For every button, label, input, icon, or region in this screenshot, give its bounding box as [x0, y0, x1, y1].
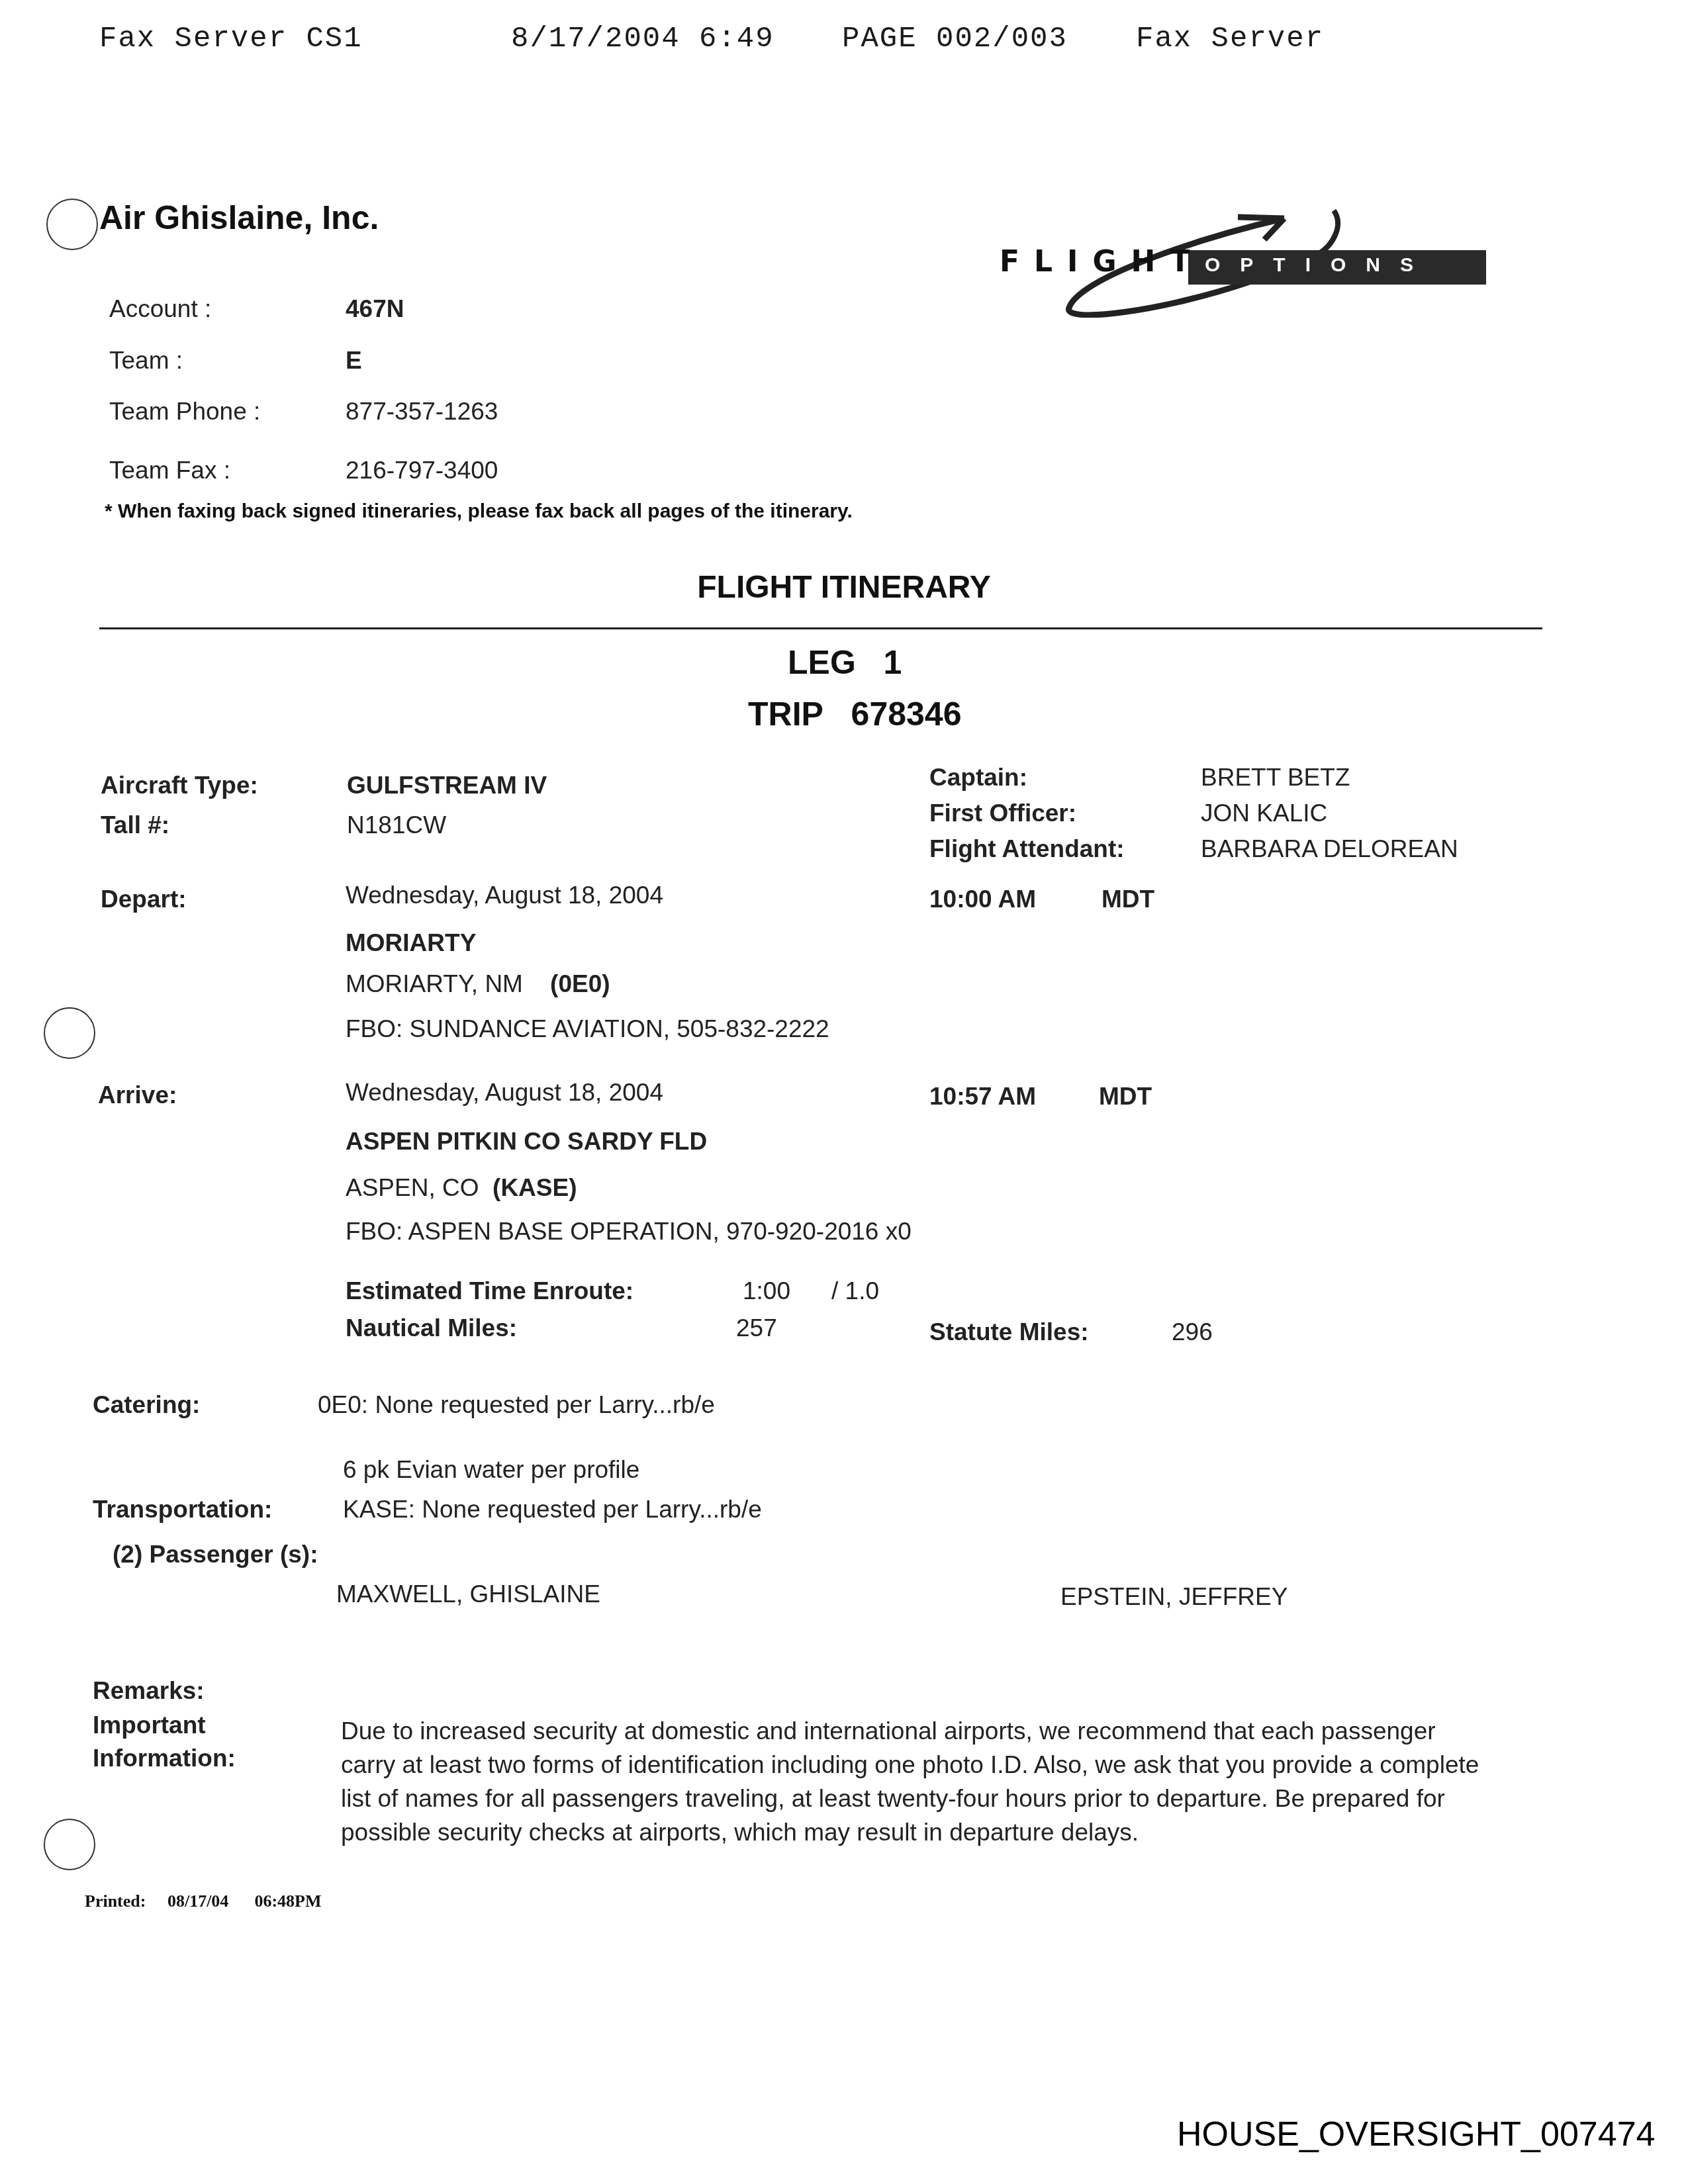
- leg-label: LEG: [788, 644, 856, 681]
- ete-decimal: / 1.0: [831, 1277, 879, 1305]
- title-divider: [99, 627, 1542, 629]
- flight-options-logo: FLIGHT OPTIONS: [1000, 199, 1489, 318]
- depart-date: Wednesday, August 18, 2004: [346, 882, 663, 909]
- team-fax-value: 216-797-3400: [346, 457, 498, 484]
- binder-hole-icon: [44, 1007, 95, 1059]
- passenger-name: MAXWELL, GHISLAINE: [336, 1580, 600, 1608]
- leg-value: 1: [883, 644, 902, 681]
- account-label: Account :: [109, 295, 211, 323]
- transportation-label: Transportation:: [93, 1496, 272, 1524]
- depart-city: MORIARTY, NM (0E0): [346, 970, 610, 998]
- flight-attendant-label: Flight Attendant:: [929, 835, 1125, 863]
- catering-line-1: 0E0: None requested per Larry...rb/e: [318, 1391, 715, 1419]
- account-value: 467N: [346, 295, 404, 323]
- trip-number: TRIP 678346: [748, 695, 961, 733]
- information-label: Information:: [93, 1745, 236, 1772]
- transportation-value: KASE: None requested per Larry...rb/e: [343, 1496, 762, 1524]
- remarks-label: Remarks:: [93, 1677, 205, 1705]
- logo-word-flight: FLIGHT: [1000, 245, 1204, 279]
- nautical-miles-label: Nautical Miles:: [346, 1314, 517, 1342]
- bates-number: HOUSE_OVERSIGHT_007474: [1177, 2115, 1656, 2154]
- team-phone-value: 877-357-1263: [346, 398, 498, 426]
- team-phone-label: Team Phone :: [109, 398, 260, 426]
- first-officer-label: First Officer:: [929, 799, 1076, 827]
- ete-value: 1:00: [743, 1277, 790, 1305]
- aircraft-type-value: GULFSTREAM IV: [347, 772, 547, 799]
- fax-page: PAGE 002/003: [842, 23, 1068, 56]
- arrive-timezone: MDT: [1099, 1083, 1152, 1111]
- tail-number-value: N181CW: [347, 811, 446, 839]
- document-title: FLIGHT ITINERARY: [0, 569, 1688, 606]
- depart-timezone: MDT: [1102, 886, 1154, 913]
- printed-stamp: Printed: 08/17/04 06:48PM: [85, 1891, 321, 1911]
- flight-attendant-value: BARBARA DELOREAN: [1201, 835, 1458, 863]
- catering-label: Catering:: [93, 1391, 200, 1419]
- arrive-date: Wednesday, August 18, 2004: [346, 1079, 663, 1107]
- first-officer-value: JON KALIC: [1201, 799, 1327, 827]
- aircraft-type-label: Aircraft Type:: [101, 772, 258, 799]
- captain-value: BRETT BETZ: [1201, 764, 1350, 792]
- arrive-time: 10:57 AM: [929, 1083, 1036, 1111]
- fax-back-note: * When faxing back signed itineraries, p…: [105, 500, 853, 523]
- arrive-fbo: FBO: ASPEN BASE OPERATION, 970-920-2016 …: [346, 1218, 912, 1246]
- arrive-label: Arrive:: [98, 1081, 177, 1109]
- tail-number-label: Tall #:: [101, 811, 169, 839]
- team-fax-label: Team Fax :: [109, 457, 230, 484]
- statute-miles-value: 296: [1172, 1318, 1213, 1346]
- depart-city-name: MORIARTY, NM: [346, 970, 523, 997]
- important-information-text: Due to increased security at domestic an…: [341, 1714, 1479, 1849]
- fax-sender: Fax Server CS1: [99, 23, 363, 56]
- important-label: Important: [93, 1711, 206, 1739]
- passenger-name: EPSTEIN, JEFFREY: [1060, 1583, 1288, 1611]
- binder-hole-icon: [46, 199, 98, 250]
- fax-receiver: Fax Server: [1136, 23, 1324, 56]
- depart-airport: MORIARTY: [346, 929, 476, 957]
- printed-date: 08/17/04: [167, 1891, 228, 1911]
- company-name: Air Ghislaine, Inc.: [99, 199, 379, 237]
- binder-hole-icon: [44, 1819, 95, 1870]
- catering-line-2: 6 pk Evian water per profile: [343, 1456, 639, 1484]
- fax-datetime: 8/17/2004 6:49: [511, 23, 774, 56]
- arrive-city: ASPEN, CO (KASE): [346, 1174, 577, 1202]
- passengers-label: (2) Passenger (s):: [113, 1541, 318, 1569]
- captain-label: Captain:: [929, 764, 1027, 792]
- printed-label: Printed:: [85, 1891, 146, 1911]
- depart-airport-code: (0E0): [550, 970, 610, 997]
- arrive-airport: ASPEN PITKIN CO SARDY FLD: [346, 1128, 707, 1156]
- ete-label: Estimated Time Enroute:: [346, 1277, 633, 1305]
- team-label: Team :: [109, 347, 183, 375]
- depart-fbo: FBO: SUNDANCE AVIATION, 505-832-2222: [346, 1015, 829, 1043]
- depart-time: 10:00 AM: [929, 886, 1036, 913]
- trip-label: TRIP: [748, 696, 823, 733]
- nautical-miles-value: 257: [736, 1314, 777, 1342]
- logo-word-options: OPTIONS: [1205, 254, 1433, 277]
- leg-number: LEG 1: [788, 643, 902, 682]
- statute-miles-label: Statute Miles:: [929, 1318, 1089, 1346]
- printed-time: 06:48PM: [254, 1891, 321, 1911]
- arrive-airport-code: (KASE): [492, 1174, 577, 1201]
- depart-label: Depart:: [101, 886, 187, 913]
- team-value: E: [346, 347, 362, 375]
- trip-value: 678346: [851, 696, 962, 733]
- arrive-city-name: ASPEN, CO: [346, 1174, 479, 1201]
